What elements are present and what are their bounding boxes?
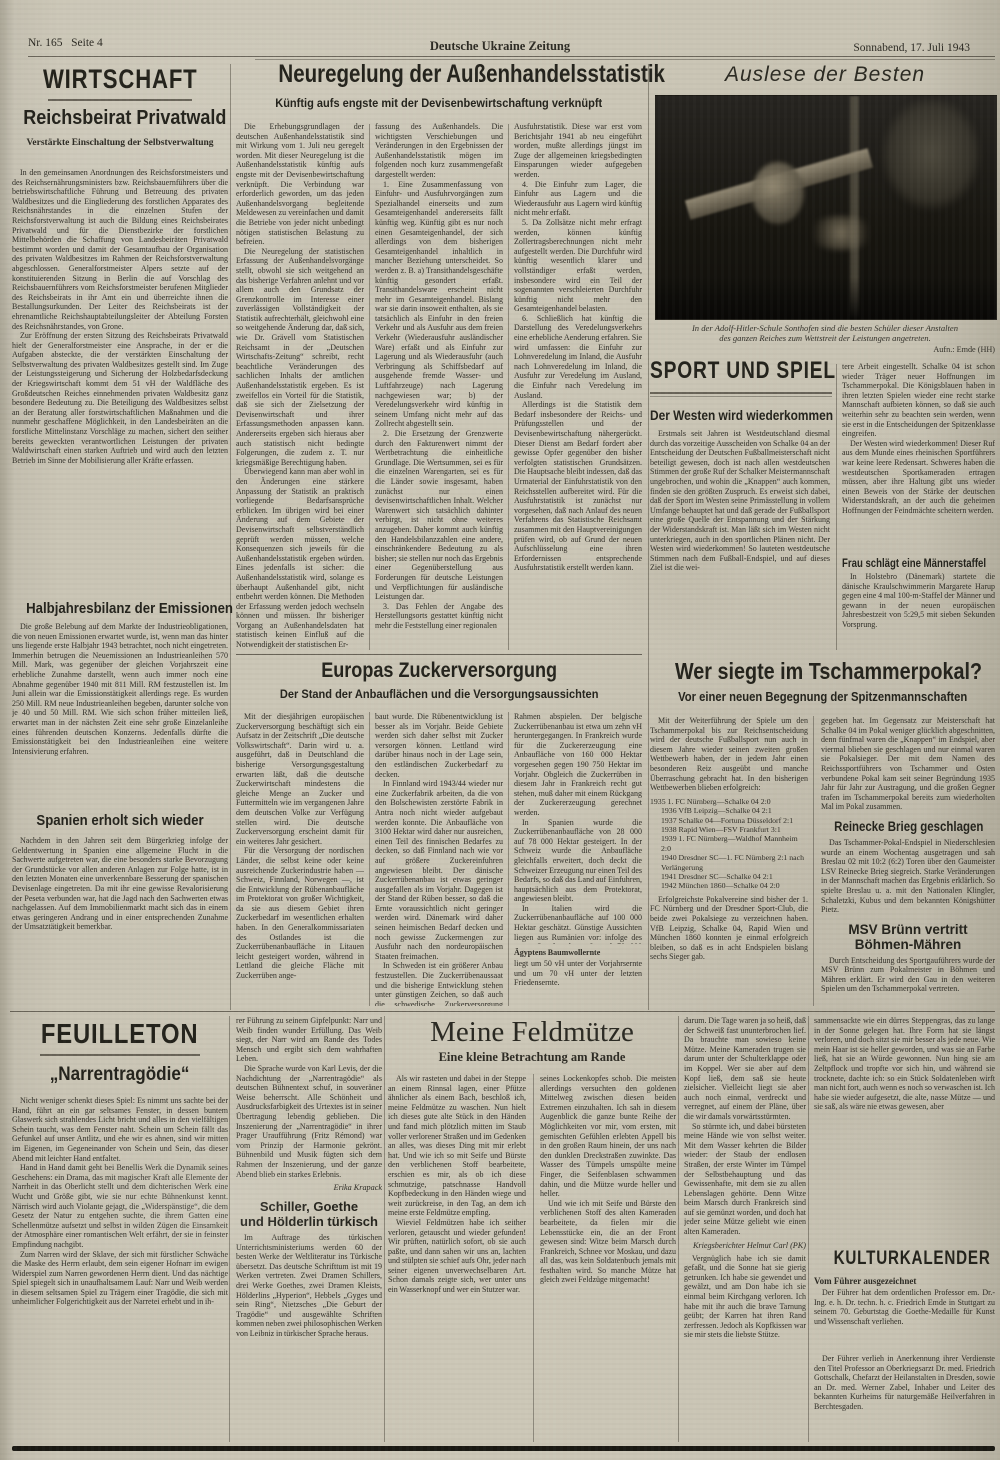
article-body-privatwald: In den gemeinsamen Anordnungen des Reich… [12, 168, 228, 596]
article-title-emissionen: Halbjahresbilanz der Emissionen [12, 600, 228, 617]
column-rule [508, 124, 509, 650]
feldmuetze-col-b: seines Lockenkopfes schob. Die meisten a… [540, 1074, 676, 1442]
photo-caption: In der Adolf-Hitler-Schule Sonthofen sin… [655, 323, 995, 343]
feldmuetze-title: Meine Feldmütze [388, 1016, 676, 1049]
article-title-reichsbeirat-privatwald: Reichsbeirat Privatwald [12, 107, 228, 130]
photo-window-light [880, 96, 982, 212]
sport-frau-title: Frau schlägt eine Männerstaffel [842, 556, 995, 570]
feldmuetze-col-d: sammensackte wie ein dürres Steppengras,… [814, 1016, 995, 1242]
article-subtitle-privatwald: Verstärkte Einschaltung der Selbstverwal… [22, 138, 218, 149]
bruenn-title: MSV Brünn vertritt Böhmen-Mähren [821, 922, 995, 952]
sport-westen-body: Erstmals seit Jahren ist Westdeutschland… [650, 429, 830, 651]
feuilleton-col-2: rer Führung zu seinem Gipfelpunkt: Narr … [236, 1016, 382, 1442]
pokal-winners-list: 1935 1. FC Nürnberg—Schalke 04 2:0 1936 … [650, 797, 808, 891]
section-title-kulturkalender: KULTURKALENDER [814, 1248, 995, 1270]
zucker-col-1: Mit der diesjährigen europäischen Zucker… [236, 712, 364, 1006]
photo-credit: Aufn.: Emde (HH) [655, 345, 995, 354]
lead-article-subtitle: Künftig aufs engste mit der Devisenbewir… [236, 96, 642, 110]
reinecke-body: Das Tschammer-Pokal-Endspiel in Niedersc… [821, 838, 995, 915]
page-header-date: Sonnabend, 17. Juli 1943 [853, 42, 970, 54]
feuilleton-divider [10, 1011, 995, 1012]
bottom-rule [12, 1446, 995, 1451]
photo-desk-shadow [656, 277, 996, 319]
photo-figure-hands [806, 216, 876, 250]
column-rule [813, 716, 814, 1006]
narren-body: Nicht weniger schenkt dieses Spiel: Es n… [12, 1096, 228, 1442]
kultur-item2-body: Der Führer verlieh in Anerkennung ihrer … [814, 1354, 995, 1442]
sport-col-right-top: tere Arbeit eingestellt. Schalke 04 ist … [842, 362, 995, 552]
article-body-spanien: Nachdem in den Jahren seit dem Bürgerkri… [12, 836, 228, 1006]
zucker-subtitle: Der Stand der Anbauflächen und die Verso… [236, 687, 642, 701]
lead-article-title: Neuregelung der Außenhandelsstatistik [236, 60, 642, 89]
kultur-item1-title: Vom Führer ausgezeichnet [814, 1276, 995, 1286]
column-rule [508, 712, 509, 1006]
newspaper-page: Nr. 165 Seite 4 Deutsche Ukraine Zeitung… [0, 0, 1000, 1460]
narren-title: „Narrentragödie“ [12, 1064, 228, 1086]
pokal-intro: Mit der Weiterführung der Spiele um den … [650, 716, 808, 793]
article-title-spanien: Spanien erholt sich wieder [12, 812, 228, 829]
section-divider [236, 654, 642, 655]
zucker-title: Europas Zuckerversorgung [236, 659, 642, 683]
section-title-feuilleton: FEUILLETON [12, 1018, 228, 1050]
article-body-emissionen: Die große Belebung auf dem Markte der In… [12, 622, 228, 798]
sport-frau-body: In Holstebro (Dänemark) startete die dän… [842, 572, 995, 650]
photo-story-title: Auslese der Besten [655, 63, 995, 87]
section-title-wirtschaft-text: WIRTSCHAFT [43, 64, 198, 95]
photo-figure-head [752, 162, 804, 224]
pokal-title: Wer siegte im Tschammerpokal? [650, 658, 995, 685]
feldmuetze-subtitle: Eine kleine Betrachtung am Rande [388, 1050, 676, 1065]
header-rule [28, 56, 995, 57]
feuilleton-col-5: darum. Die Tage waren ja so heiß, daß de… [684, 1016, 806, 1442]
wirtschaft-underline [48, 99, 192, 101]
column-rule [384, 1016, 385, 1442]
feuilleton-underline [40, 1054, 200, 1056]
zucker-col-2: baut wurde. Die Rübenentwicklung ist bes… [375, 712, 503, 1006]
section-title-wirtschaft: WIRTSCHAFT [12, 64, 228, 95]
schiller-title: Schiller, Goethe und Hölderlin türkisch [236, 1200, 382, 1229]
lead-col-3: Ausfuhrstatistik. Diese war erst vom Ber… [514, 122, 642, 650]
feldmuetze-signature: Kriegsberichter Helmut Carl (PK) [684, 1241, 806, 1250]
photo-adolf-hitler-schule [655, 95, 997, 320]
lead-col-2: fassung des Außenhandels. Die wichtigste… [375, 122, 503, 650]
pokal-subtitle: Vor einer neuen Begegnung der Spitzenman… [650, 690, 995, 704]
feldmuetze-col-c-top: darum. Die Tage waren ja so heiß, daß de… [684, 1016, 806, 1237]
schiller-body: Im Auftrage des türkischen Unterrichtsmi… [236, 1233, 382, 1339]
bruenn-body: Durch Entscheidung des Sportgauführers w… [821, 956, 995, 994]
masthead-title: Deutsche Ukraine Zeitung [0, 39, 1000, 54]
column-rule [369, 712, 370, 1006]
pokal-col-left: Mit der Weiterführung der Spiele um den … [650, 716, 808, 1008]
feldmuetze-col-a: Als wir rasteten und dabei in der Steppe… [388, 1074, 526, 1442]
pokal-col-right: gegeben hat. Im Gegensatz zur Meistersch… [821, 716, 995, 1008]
reinecke-title: Reinecke Brieg geschlagen [821, 819, 995, 834]
column-rule [369, 124, 370, 650]
zucker-col-3: Rahmen abspielen. Der belgische Zuckerrü… [514, 712, 642, 944]
column-rule [229, 1016, 230, 1442]
narren-signature: Erika Krapack [236, 1183, 382, 1192]
sport-underline-1 [650, 392, 832, 394]
column-rule [230, 64, 231, 1010]
pokal-after: Erfolgreichste Pokalvereine sind bisher … [650, 895, 808, 962]
zucker-egypt-body: liegt um 50 vH unter der Vorjahrsernte u… [514, 959, 642, 1005]
pokal-colB-body: gegeben hat. Im Gegensatz zur Meistersch… [821, 716, 995, 812]
sport-underline-2 [650, 396, 832, 397]
section-title-sport: SPORT UND SPIEL [650, 357, 836, 385]
sport-westen-title: Der Westen wird wiederkommen [650, 407, 832, 423]
kultur-item1-body: Der Führer hat dem ordentlichen Professo… [814, 1288, 995, 1350]
column-rule [533, 1074, 534, 1442]
column-rule [678, 1016, 679, 1442]
lead-col-1: Die Erhebungsgrundlagen der deutschen Au… [236, 122, 364, 650]
narren-continuation: rer Führung zu seinem Gipfelpunkt: Narr … [236, 1016, 382, 1179]
column-rule [648, 64, 649, 1010]
column-rule [836, 364, 837, 650]
column-rule [808, 1016, 809, 1442]
feldmuetze-col-c-bottom: Vergnüglich habe ich sie damit gefaßt, u… [684, 1254, 806, 1340]
